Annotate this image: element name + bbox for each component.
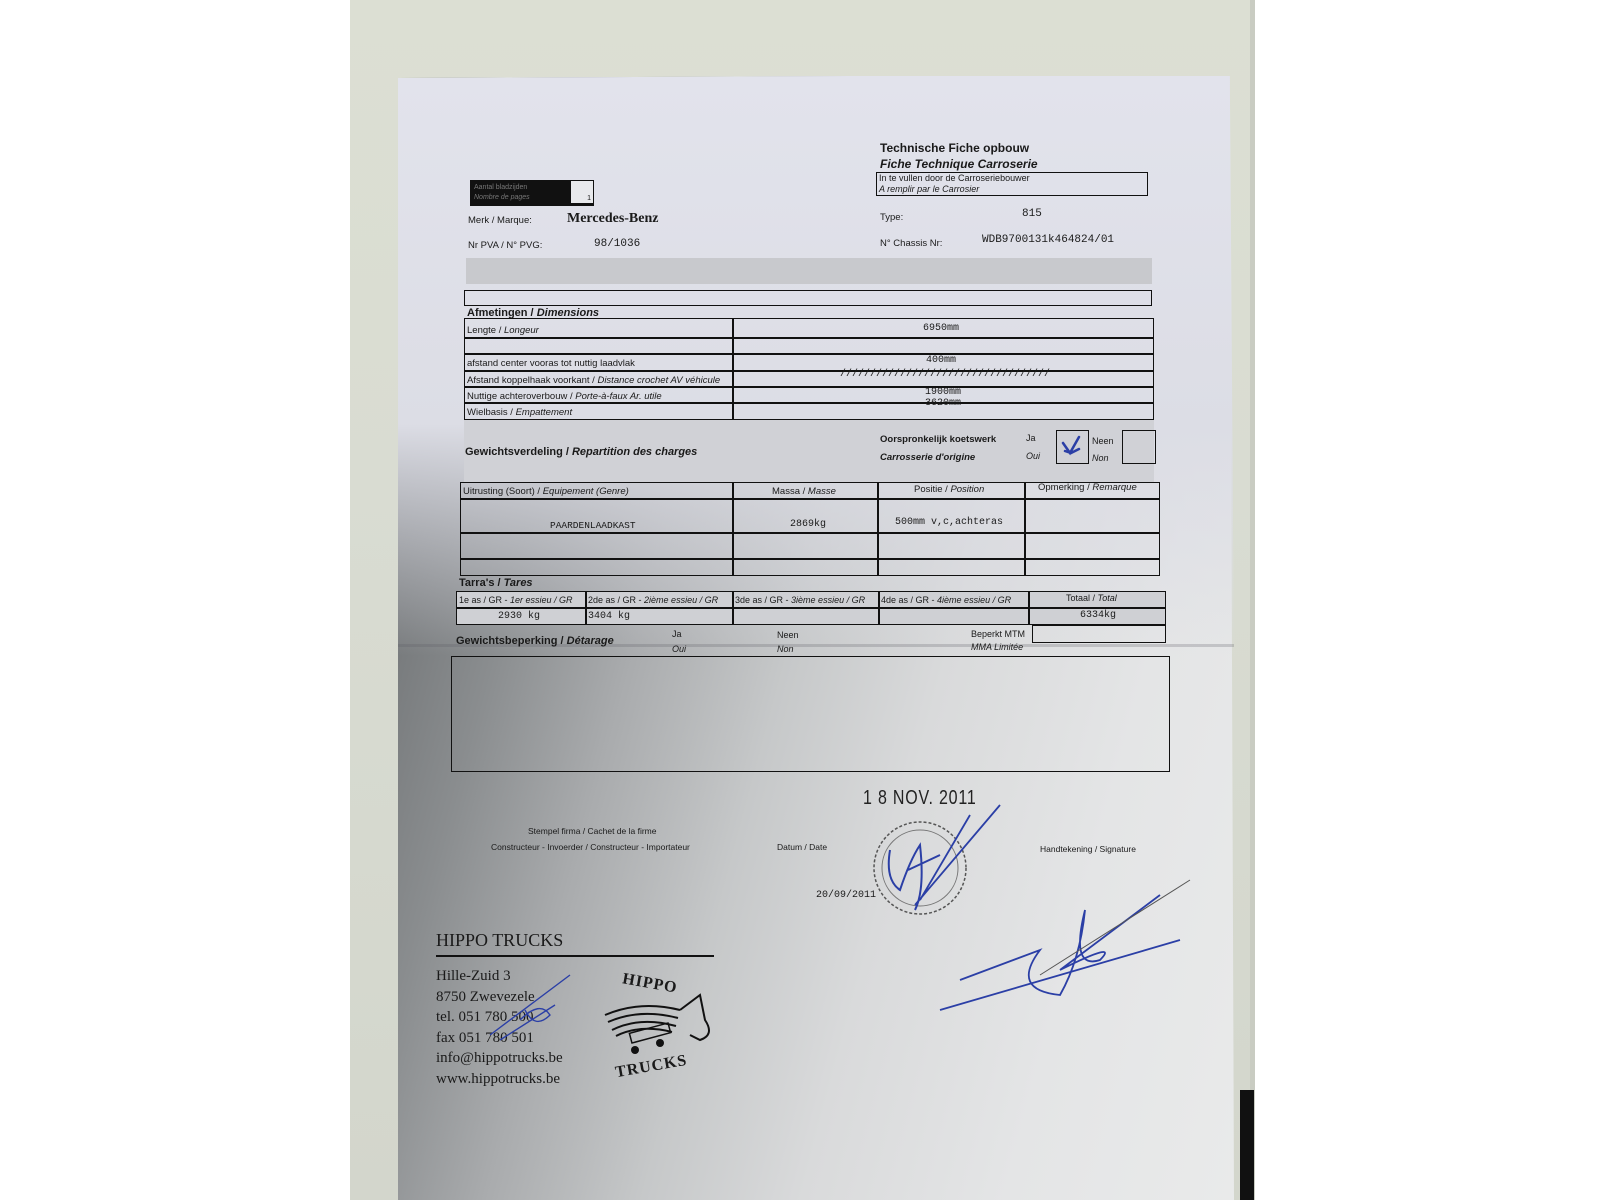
pva-value: 98/1036 xyxy=(594,238,640,250)
tares-heading: Tarra's / Tares xyxy=(459,577,533,589)
dark-strip xyxy=(1240,1090,1254,1200)
original-body-fr: Carrosserie d'origine xyxy=(880,452,975,463)
equip-col-remark: Opmerking / Remarque xyxy=(1038,482,1137,493)
tare-value-1: 2930 kg xyxy=(498,611,540,622)
col-nl: Positie / xyxy=(914,484,948,495)
pages-label-nl: Aantal bladzijden xyxy=(474,183,530,193)
title-fr: Fiche Technique Carroserie xyxy=(880,157,1038,171)
pages-count-box: Aantal bladzijden Nombre de pages 1 xyxy=(470,180,594,206)
restriction-heading: Gewichtsbeperking / Détarage xyxy=(456,635,614,647)
restriction-heading-fr: Détarage xyxy=(567,635,614,647)
original-body-nl: Oorspronkelijk koetswerk xyxy=(880,434,996,445)
yes-checkbox[interactable] xyxy=(1056,430,1089,464)
col-nl: Uitrusting (Soort) / xyxy=(463,486,540,497)
dim-label-fr: Distance crochet AV véhicule xyxy=(597,375,720,386)
row-line xyxy=(464,370,1154,372)
restriction-no-nl: Neen xyxy=(777,630,799,640)
col-fr: 3ième essieu / GR xyxy=(791,595,865,605)
restriction-yes-fr: Oui xyxy=(672,644,686,654)
dim-label-fr: Empattement xyxy=(516,407,573,418)
mtm-field[interactable] xyxy=(1032,625,1166,643)
company-name: HIPPO TRUCKS xyxy=(436,930,563,951)
chassis-value: WDB9700131k464824/01 xyxy=(982,234,1114,246)
tare-col-2: 2de as / GR - 2ième essieu / GR xyxy=(588,595,718,605)
empty-bar xyxy=(464,290,1152,306)
dimensions-table xyxy=(464,318,1154,420)
tare-col-3: 3de as / GR - 3ième essieu / GR xyxy=(735,595,865,605)
header-line xyxy=(460,498,1160,500)
col-nl: Opmerking / xyxy=(1038,482,1090,493)
restriction-no-fr: Non xyxy=(777,644,794,654)
col-fr: Total xyxy=(1098,593,1117,603)
col-nl: Totaal / xyxy=(1066,593,1095,603)
dim-row-0-value: 6950mm xyxy=(923,323,959,334)
pages-label: Aantal bladzijden Nombre de pages xyxy=(474,183,530,203)
col-fr: 4ième essieu / GR xyxy=(937,595,1011,605)
col-fr: 2ième essieu / GR xyxy=(644,595,718,605)
row-line xyxy=(464,337,1154,339)
dimensions-divider xyxy=(732,318,734,420)
weight-heading: Gewichtsverdeling / Repartition des char… xyxy=(465,446,697,458)
tares-heading-fr: Tares xyxy=(504,577,533,589)
row-line xyxy=(460,532,1160,534)
no-fr: Non xyxy=(1092,453,1109,463)
restriction-heading-nl: Gewichtsbeperking / xyxy=(456,635,564,647)
dim-row-3-value: /////////////////////////////////// xyxy=(840,369,1050,380)
company-web[interactable]: www.hippotrucks.be xyxy=(436,1069,563,1090)
equip-col-position: Positie / Position xyxy=(914,484,984,495)
pva-label: Nr PVA / N° PVG: xyxy=(468,240,542,251)
col-line xyxy=(732,482,734,576)
tare-value-total: 6334kg xyxy=(1080,610,1116,621)
dim-label-nl: Lengte / xyxy=(467,325,501,336)
row-line xyxy=(464,402,1154,404)
date-label: Datum / Date xyxy=(777,842,827,852)
title-nl: Technische Fiche opbouw xyxy=(880,141,1029,155)
tare-col-4: 4de as / GR - 4ième essieu / GR xyxy=(881,595,1011,605)
pages-label-fr: Nombre de pages xyxy=(474,193,530,203)
header-line xyxy=(456,607,1166,609)
col-nl: 3de as / GR - xyxy=(735,595,789,605)
col-fr: Remarque xyxy=(1092,482,1136,493)
tare-value-2: 3404 kg xyxy=(588,611,630,622)
row-line xyxy=(464,386,1154,388)
pages-value: 1 xyxy=(587,195,591,202)
col-line xyxy=(878,591,880,625)
dim-row-2-value: 400mm xyxy=(926,355,956,366)
dim-row-5-label: Wielbasis / Empattement xyxy=(467,407,572,418)
equip-row-0-mass: 2869kg xyxy=(790,519,826,530)
col-nl: 2de as / GR - xyxy=(588,595,642,605)
weight-heading-fr: Repartition des charges xyxy=(572,446,697,458)
restriction-mtm-nl: Beperkt MTM xyxy=(971,629,1025,639)
col-line xyxy=(1028,591,1030,625)
dim-label-nl: Nuttige achteroverbouw / xyxy=(467,391,573,402)
yes-fr: Oui xyxy=(1026,451,1040,461)
fill-note-nl: In te vullen door de Carroseriebouwer xyxy=(879,173,1030,183)
col-fr: 1er essieu / GR xyxy=(510,595,573,605)
no-checkbox[interactable] xyxy=(1122,430,1156,464)
dim-row-3-label: Afstand koppelhaak voorkant / Distance c… xyxy=(467,375,720,386)
restriction-notes-box[interactable] xyxy=(451,656,1170,772)
col-line xyxy=(1024,482,1026,576)
col-nl: 1e as / GR - xyxy=(459,595,508,605)
row-line xyxy=(460,558,1160,560)
dim-label-fr: Longeur xyxy=(504,325,539,336)
stamp-label-1: Stempel firma / Cachet de la firme xyxy=(528,826,657,836)
col-fr: Equipement (Genre) xyxy=(543,486,629,497)
dim-label-fr: Porte-à-faux Ar. utile xyxy=(575,391,661,402)
stamp-label-2: Constructeur - Invoerder / Constructeur … xyxy=(491,842,690,852)
restriction-mtm-fr: MMA Limitée xyxy=(971,642,1023,652)
gray-band xyxy=(466,258,1152,284)
chassis-label: N° Chassis Nr: xyxy=(880,238,942,249)
tare-col-total: Totaal / Total xyxy=(1066,593,1117,603)
restriction-yes-nl: Ja xyxy=(672,629,682,639)
type-label: Type: xyxy=(880,212,903,223)
company-underline xyxy=(436,955,714,957)
col-line xyxy=(732,591,734,625)
col-fr: Position xyxy=(950,484,984,495)
dim-row-5-value: 3620mm xyxy=(925,398,961,409)
dim-row-0-label: Lengte / Longeur xyxy=(467,325,539,336)
col-nl: 4de as / GR - xyxy=(881,595,935,605)
hippo-truck-logo-icon xyxy=(600,990,720,1060)
dim-row-4-value: 1900mm xyxy=(925,387,961,398)
col-nl: Massa / xyxy=(772,486,805,497)
equip-row-0-position: 500mm v,c,achteras xyxy=(895,517,1003,528)
equip-col-type: Uitrusting (Soort) / Equipement (Genre) xyxy=(463,486,629,497)
signature-stamp-icon xyxy=(860,800,1200,1030)
col-fr: Masse xyxy=(808,486,836,497)
brand-label: Merk / Marque: xyxy=(468,215,532,226)
col-line xyxy=(877,482,879,576)
ink-scribble-icon xyxy=(480,960,590,1060)
pages-value-field[interactable]: 1 xyxy=(571,181,593,203)
fill-note-fr: A remplir par le Carrosier xyxy=(879,184,979,194)
col-line xyxy=(585,591,587,625)
checkmark-icon xyxy=(1057,431,1087,461)
dim-label-nl: Afstand koppelhaak voorkant / xyxy=(467,375,595,386)
dim-label-nl: Wielbasis / xyxy=(467,407,513,418)
no-nl: Neen xyxy=(1092,436,1114,446)
brand-value: Mercedes-Benz xyxy=(567,211,658,227)
equip-col-mass: Massa / Masse xyxy=(772,486,836,497)
row-line xyxy=(464,353,1154,355)
yes-nl: Ja xyxy=(1026,433,1036,443)
dim-row-2-label: afstand center vooras tot nuttig laadvla… xyxy=(467,358,635,369)
weight-heading-nl: Gewichtsverdeling / xyxy=(465,446,569,458)
tare-col-1: 1e as / GR - 1er essieu / GR xyxy=(459,595,573,605)
board-edge xyxy=(1250,0,1255,1200)
equip-row-0-type: PAARDENLAADKAST xyxy=(550,520,636,531)
tares-heading-nl: Tarra's / xyxy=(459,577,501,589)
type-value: 815 xyxy=(1022,208,1042,220)
dim-row-4-label: Nuttige achteroverbouw / Porte-à-faux Ar… xyxy=(467,391,662,402)
